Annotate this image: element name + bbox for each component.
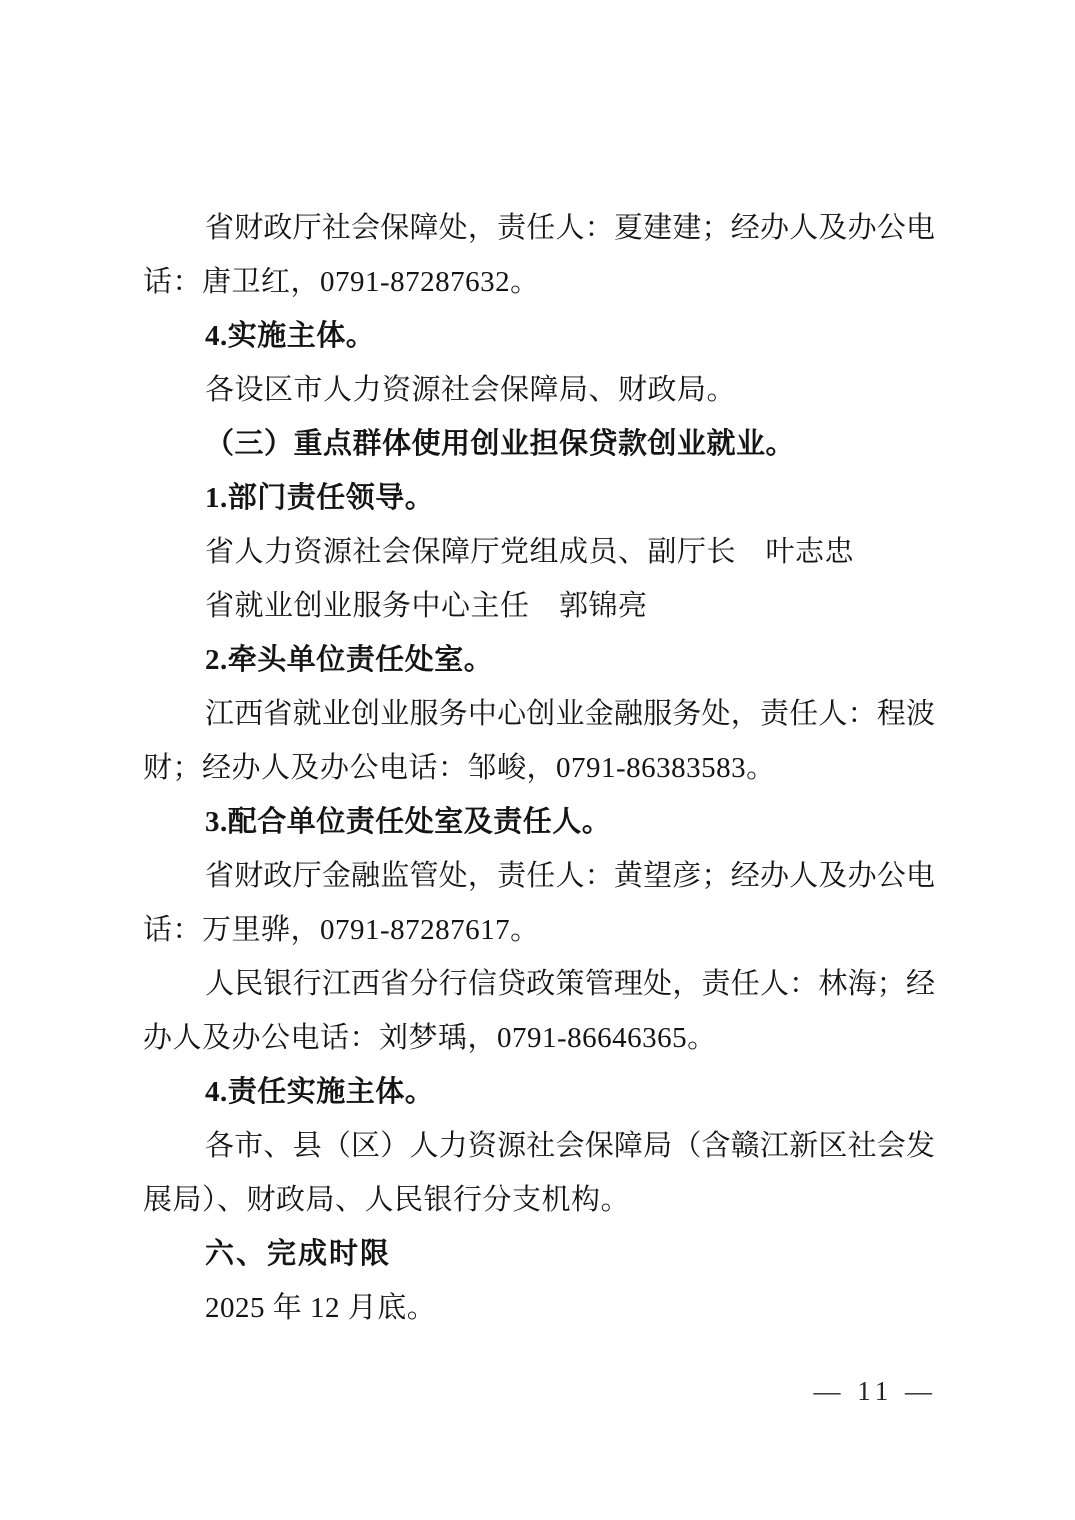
paragraph-line: 省财政厅社会保障处，责任人：夏建建；经办人及办公电 [143,201,935,255]
section-heading: 1.部门责任领导。 [143,471,935,525]
section-heading: 4.实施主体。 [143,309,935,363]
paragraph-line: 展局）、财政局、人民银行分支机构。 [143,1173,935,1227]
section-heading: （三）重点群体使用创业担保贷款创业就业。 [143,417,935,471]
paragraph-line: 办人及办公电话：刘梦瑀，0791-86646365。 [143,1011,935,1065]
paragraph-line: 省人力资源社会保障厅党组成员、副厅长 叶志忠 [143,525,935,579]
section-heading: 3.配合单位责任处室及责任人。 [143,795,935,849]
paragraph-line: 省就业创业服务中心主任 郭锦亮 [143,579,935,633]
section-heading: 4.责任实施主体。 [143,1065,935,1119]
document-body: 省财政厅社会保障处，责任人：夏建建；经办人及办公电话：唐卫红，0791-8728… [143,201,935,1335]
paragraph-line: 人民银行江西省分行信贷政策管理处，责任人：林海；经 [143,957,935,1011]
paragraph-line: 江西省就业创业服务中心创业金融服务处，责任人：程波 [143,687,935,741]
paragraph-line: 各设区市人力资源社会保障局、财政局。 [143,363,935,417]
paragraph-line: 2025 年 12 月底。 [143,1281,935,1335]
section-heading: 六、完成时限 [143,1227,935,1281]
document-page: 省财政厅社会保障处，责任人：夏建建；经办人及办公电话：唐卫红，0791-8728… [0,0,1075,1520]
page-number: — 11 — [814,1376,938,1407]
paragraph-line: 省财政厅金融监管处，责任人：黄望彦；经办人及办公电 [143,849,935,903]
paragraph-line: 各市、县（区）人力资源社会保障局（含赣江新区社会发 [143,1119,935,1173]
paragraph-line: 财；经办人及办公电话：邹峻，0791-86383583。 [143,741,935,795]
section-heading: 2.牵头单位责任处室。 [143,633,935,687]
paragraph-line: 话：万里骅，0791-87287617。 [143,903,935,957]
paragraph-line: 话：唐卫红，0791-87287632。 [143,255,935,309]
